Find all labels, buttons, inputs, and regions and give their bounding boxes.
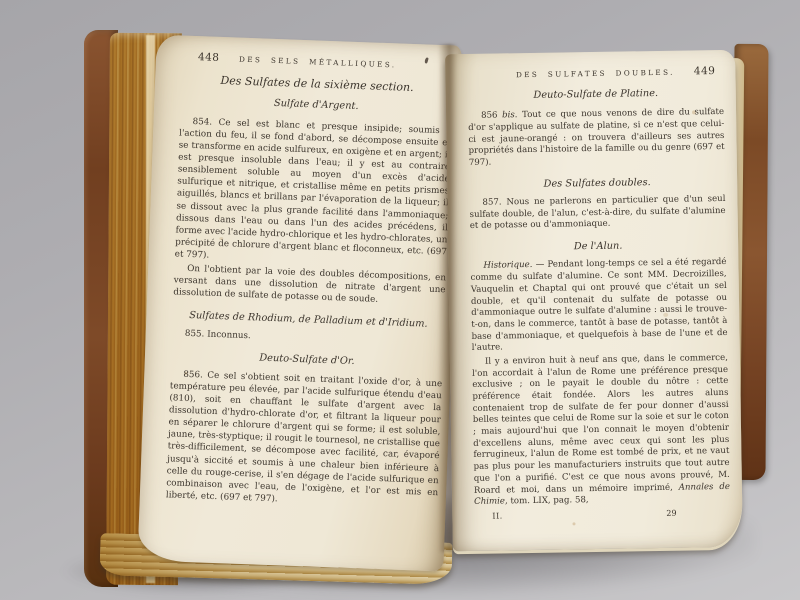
volume-mark: II. bbox=[492, 511, 503, 522]
right-running-title: DES SULFATES DOUBLES. bbox=[516, 68, 675, 80]
paragraph-obtention: On l'obtient par la voie des doubles déc… bbox=[173, 263, 446, 309]
heading-sulfate-argent: Sulfate d'Argent. bbox=[180, 94, 452, 117]
right-page: DES SULFATES DOUBLES. 449 Deuto-Sulfate … bbox=[445, 50, 743, 551]
right-page-content: DES SULFATES DOUBLES. 449 Deuto-Sulfate … bbox=[467, 64, 730, 524]
section-heading: Des Sulfates de la sixième section. bbox=[181, 71, 453, 96]
heading-deuto-sulfate-or: Deuto-Sulfate d'Or. bbox=[171, 349, 443, 372]
paragraph-857: 857. Nous ne parlerons en particulier qu… bbox=[469, 194, 726, 233]
heading-deuto-sulfate-platine: Deuto-Sulfate de Platine. bbox=[468, 86, 724, 103]
photo-of-open-book: 448 DES SELS MÉTALLIQUES. Des Sulfates d… bbox=[0, 0, 800, 600]
paragraph-historique: Historique. — Pendant long-temps ce sel … bbox=[470, 257, 727, 355]
left-page-content: 448 DES SELS MÉTALLIQUES. Des Sulfates d… bbox=[166, 50, 454, 514]
paragraph-856: 856. Ce sel s'obtient soit en traitant l… bbox=[166, 368, 443, 511]
ink-mark bbox=[424, 57, 429, 64]
left-running-header: 448 DES SELS MÉTALLIQUES. bbox=[182, 50, 454, 74]
page-number-449: 449 bbox=[694, 64, 716, 79]
paragraph-rome-text-1: Il y a environ huit à neuf ans que, dans… bbox=[472, 353, 730, 496]
left-page: 448 DES SELS MÉTALLIQUES. Des Sulfates d… bbox=[137, 35, 462, 572]
page-number-448: 448 bbox=[198, 50, 220, 65]
gutter-shadow bbox=[438, 44, 458, 552]
historique-text: — Pendant long-temps ce sel a été regard… bbox=[471, 257, 728, 353]
paragraph-rome-text-2: , tom. LIX, pag. 58, bbox=[505, 495, 589, 506]
signature-number: 29 bbox=[666, 509, 676, 520]
paragraph-854: 854. Ce sel est blanc et presque insipid… bbox=[174, 115, 451, 270]
paragraph-alun-rome: Il y a environ huit à neuf ans que, dans… bbox=[472, 353, 730, 509]
paragraph-856bis-bis: bis bbox=[502, 111, 515, 121]
heading-de-l-alun: De l'Alun. bbox=[470, 238, 726, 255]
foxing-spot bbox=[572, 522, 575, 525]
paragraph-856bis: 856 bis. Tout ce que nous venons de dire… bbox=[468, 107, 725, 169]
heading-sulfates-doubles: Des Sulfates doubles. bbox=[469, 175, 725, 192]
historique-label: Historique. bbox=[483, 260, 532, 271]
right-running-header: DES SULFATES DOUBLES. 449 bbox=[467, 64, 723, 82]
heading-sulfates-rhodium: Sulfates de Rhodium, de Palladium et d'I… bbox=[172, 308, 444, 331]
paragraph-855: 855. Inconnus. bbox=[172, 327, 444, 349]
paragraph-856bis-number: 856 bbox=[481, 111, 502, 121]
left-running-title: DES SELS MÉTALLIQUES. bbox=[239, 55, 397, 71]
right-page-footer: II. 29 bbox=[474, 508, 730, 524]
